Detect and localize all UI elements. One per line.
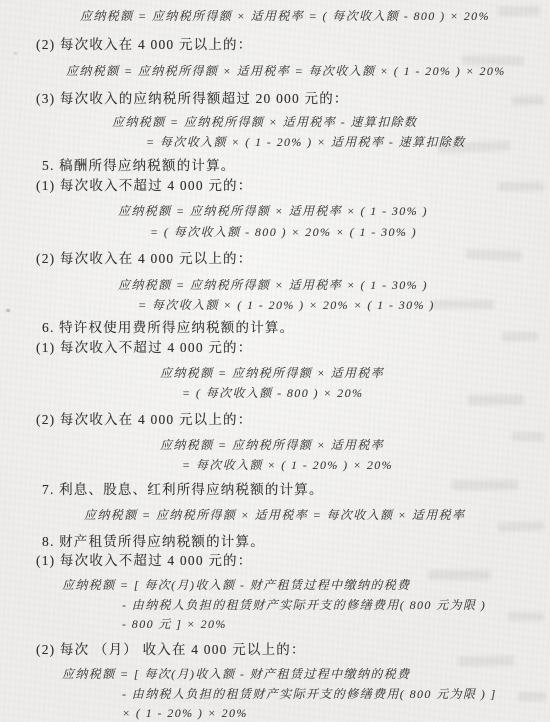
doc-line-formula: 应纳税额 = 应纳税所得额 × 适用税率 × ( 1 - 30% ) [118, 203, 428, 220]
doc-line-formula: - 800 元 ] × 20% [122, 616, 227, 633]
doc-line-formula: = ( 每次收入额 - 800 ) × 20% [182, 385, 363, 402]
doc-line-item: (2) 每次 （月） 收入在 4 000 元以上的： [36, 641, 306, 658]
doc-line-formula: 应纳税额 = 应纳税所得额 × 适用税率 [160, 437, 384, 454]
doc-line-formula: 应纳税额 = 应纳税所得额 × 适用税率 [160, 365, 384, 382]
doc-line-formula: = 每次收入额 × ( 1 - 20% ) × 20% × ( 1 - 30% … [138, 297, 435, 314]
doc-line-formula: 应纳税额 = 应纳税所得额 × 适用税率 - 速算扣除数 [112, 114, 417, 131]
doc-line-item: (2) 每次收入在 4 000 元以上的： [36, 411, 252, 428]
doc-line-item: (1) 每次收入不超过 4 000 元的： [36, 552, 252, 569]
doc-line-heading: 6. 特许权使用费所得应纳税额的计算。 [42, 319, 294, 336]
doc-line-item: (3) 每次收入的应纳税所得额超过 20 000 元的： [36, 90, 349, 107]
doc-line-formula: 应纳税额 = 应纳税所得额 × 适用税率 × ( 1 - 30% ) [118, 277, 428, 294]
doc-line-formula: - 由纳税人负担的租赁财产实际开支的修缮费用( 800 元为限 ) [122, 597, 486, 614]
doc-line-formula: = 每次收入额 × ( 1 - 20% ) × 适用税率 - 速算扣除数 [146, 134, 466, 151]
doc-line-formula: 应纳税额 = 应纳税所得额 × 适用税率 = 每次收入额 × 适用税率 [84, 507, 465, 524]
doc-line-formula: 应纳税额 = [ 每次(月)收入额 - 财产租赁过程中缴纳的税费 [62, 666, 411, 683]
doc-line-formula: 应纳税额 = [ 每次(月)收入额 - 财产租赁过程中缴纳的税费 [62, 577, 411, 594]
doc-line-item: (1) 每次收入不超过 4 000 元的： [36, 177, 252, 194]
doc-line-formula: = 每次收入额 × ( 1 - 20% ) × 20% [182, 457, 393, 474]
doc-line-formula: - 由纳税人负担的租赁财产实际开支的修缮费用( 800 元为限 ) ] [122, 686, 497, 703]
doc-line-item: (1) 每次收入不超过 4 000 元的： [36, 339, 252, 356]
doc-line-formula: = ( 每次收入额 - 800 ) × 20% × ( 1 - 30% ) [150, 224, 417, 241]
scanned-book-page: 应纳税额 = 应纳税所得额 × 适用税率 = ( 每次收入额 - 800 ) ×… [0, 0, 550, 722]
doc-line-heading: 8. 财产租赁所得应纳税额的计算。 [42, 533, 265, 550]
doc-line-heading: 5. 稿酬所得应纳税额的计算。 [42, 157, 236, 174]
doc-line-formula: 应纳税额 = 应纳税所得额 × 适用税率 = 每次收入额 × ( 1 - 20%… [66, 63, 506, 80]
doc-line-heading: 7. 利息、股息、红利所得应纳税额的计算。 [42, 481, 324, 498]
doc-line-formula: 应纳税额 = 应纳税所得额 × 适用税率 = ( 每次收入额 - 800 ) ×… [80, 8, 490, 25]
doc-line-item: (2) 每次收入在 4 000 元以上的： [36, 250, 252, 267]
doc-line-formula: × ( 1 - 20% ) × 20% [122, 705, 248, 722]
doc-line-item: (2) 每次收入在 4 000 元以上的： [36, 36, 252, 53]
